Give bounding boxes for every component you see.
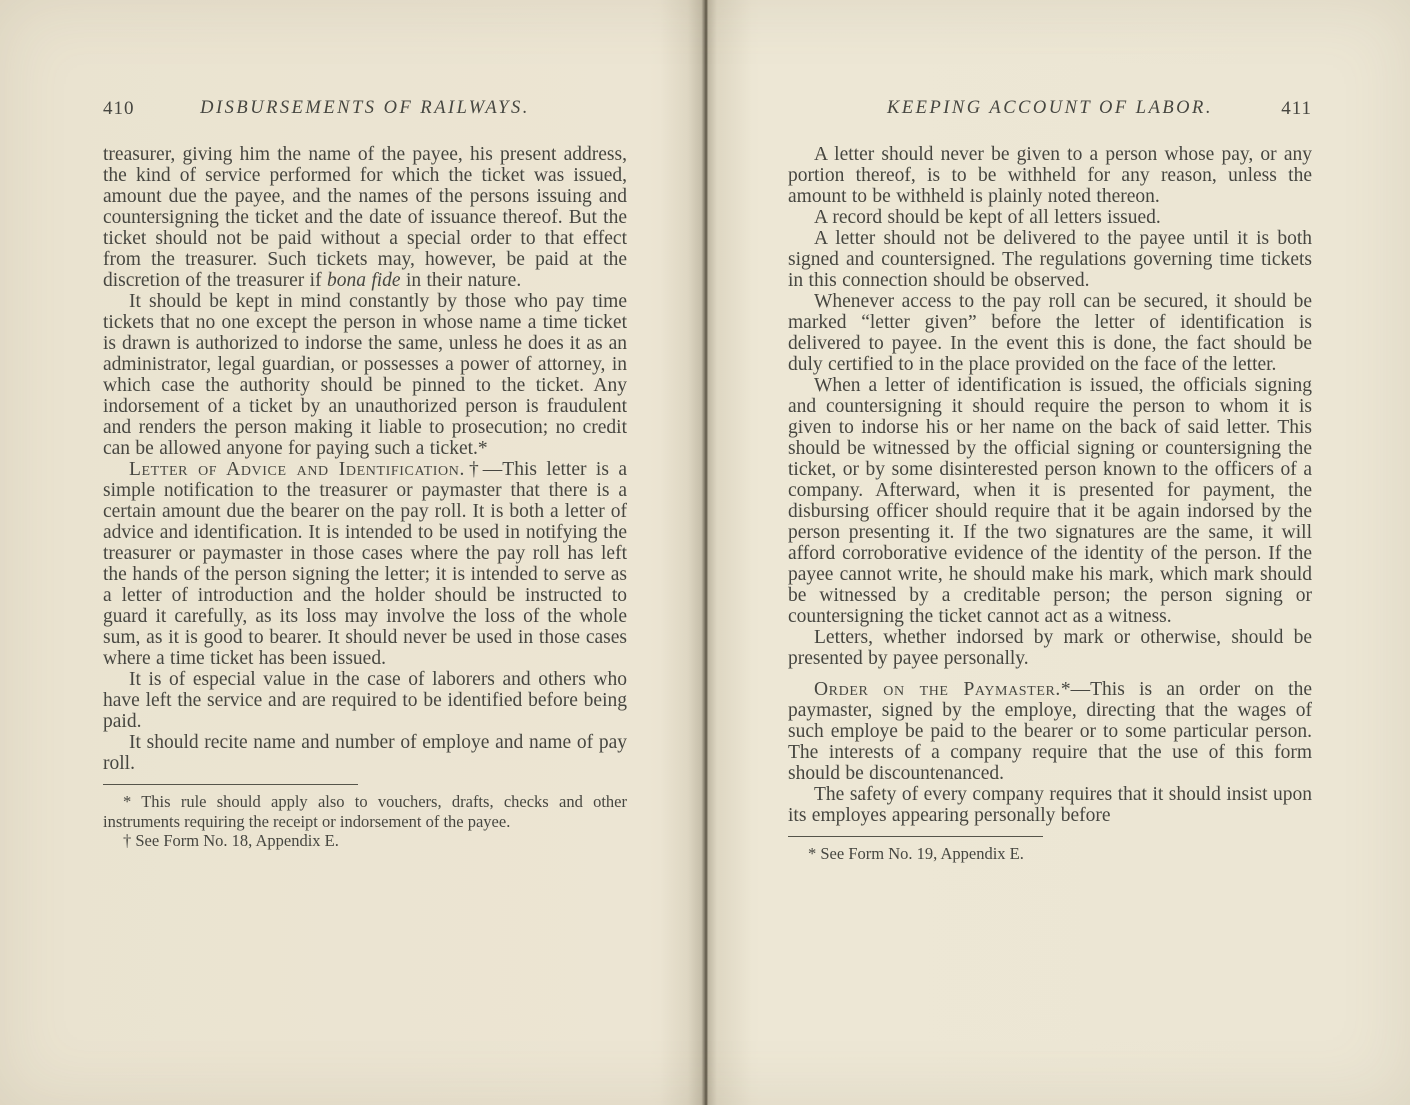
page-body: treasurer, giving him the name of the pa… — [103, 144, 627, 774]
paragraph: Letters, whether indorsed by mark or oth… — [788, 627, 1312, 669]
paragraph: A letter should never be given to a pers… — [788, 144, 1312, 207]
text-segment: When a letter of identification is issue… — [788, 375, 1312, 627]
book-spread: 410 DISBURSEMENTS OF RAILWAYS. treasurer… — [0, 0, 1410, 1105]
footnote: * See Form No. 19, Appendix E. — [788, 844, 1312, 864]
running-title: KEEPING ACCOUNT OF LABOR. — [887, 98, 1213, 118]
text-segment: A letter should not be delivered to the … — [788, 228, 1312, 291]
text-segment: bona fide — [327, 270, 401, 291]
footnotes: * See Form No. 19, Appendix E. — [788, 844, 1312, 864]
paragraph: It should recite name and number of empl… — [103, 732, 627, 774]
paragraph: The safety of every company requires tha… — [788, 784, 1312, 826]
paragraph: treasurer, giving him the name of the pa… — [103, 144, 627, 291]
footnote-rule — [103, 784, 358, 785]
text-segment: A record should be kept of all letters i… — [814, 207, 1161, 228]
page-body: A letter should never be given to a pers… — [788, 144, 1312, 826]
footnote-block: * This rule should apply also to voucher… — [103, 784, 627, 851]
footnote: * This rule should apply also to voucher… — [103, 792, 627, 831]
text-segment: Letters, whether indorsed by mark or oth… — [788, 627, 1312, 669]
page-number: 410 — [103, 98, 135, 120]
footnote-block: * See Form No. 19, Appendix E. — [788, 836, 1312, 864]
paragraph: Letter of Advice and Identification.†—Th… — [103, 459, 627, 669]
paragraph: Whenever access to the pay roll can be s… — [788, 291, 1312, 375]
paragraph: Order on the Paymaster.*—This is an orde… — [788, 679, 1312, 784]
text-segment: It should be kept in mind constantly by … — [103, 291, 627, 459]
paragraph: It should be kept in mind constantly by … — [103, 291, 627, 459]
page-number: 411 — [1281, 98, 1312, 120]
text-segment: treasurer, giving him the name of the pa… — [103, 144, 627, 291]
text-segment: Letter of Advice and Identification. — [129, 459, 465, 480]
running-head: KEEPING ACCOUNT OF LABOR. 411 — [788, 98, 1312, 124]
footnote: † See Form No. 18, Appendix E. — [103, 831, 627, 851]
text-segment: in their nature. — [401, 270, 522, 291]
paragraph: A letter should not be delivered to the … — [788, 228, 1312, 291]
footnotes: * This rule should apply also to voucher… — [103, 792, 627, 851]
text-segment: Whenever access to the pay roll can be s… — [788, 291, 1312, 375]
text-segment: †—This letter is a simple notification t… — [103, 459, 627, 669]
text-segment: Order on the Paymaster. — [814, 679, 1061, 700]
paragraph: When a letter of identification is issue… — [788, 375, 1312, 627]
text-segment: It is of especial value in the case of l… — [103, 669, 627, 732]
page-right: KEEPING ACCOUNT OF LABOR. 411 A letter s… — [788, 98, 1312, 864]
paragraph: It is of especial value in the case of l… — [103, 669, 627, 732]
running-head: 410 DISBURSEMENTS OF RAILWAYS. — [103, 98, 627, 124]
footnote-rule — [788, 836, 1043, 837]
text-segment: The safety of every company requires tha… — [788, 784, 1312, 826]
text-segment: It should recite name and number of empl… — [103, 732, 627, 774]
book-gutter — [660, 0, 752, 1105]
running-title: DISBURSEMENTS OF RAILWAYS. — [200, 98, 530, 118]
page-left: 410 DISBURSEMENTS OF RAILWAYS. treasurer… — [103, 98, 627, 851]
text-segment: A letter should never be given to a pers… — [788, 144, 1312, 207]
paragraph: A record should be kept of all letters i… — [788, 207, 1312, 228]
